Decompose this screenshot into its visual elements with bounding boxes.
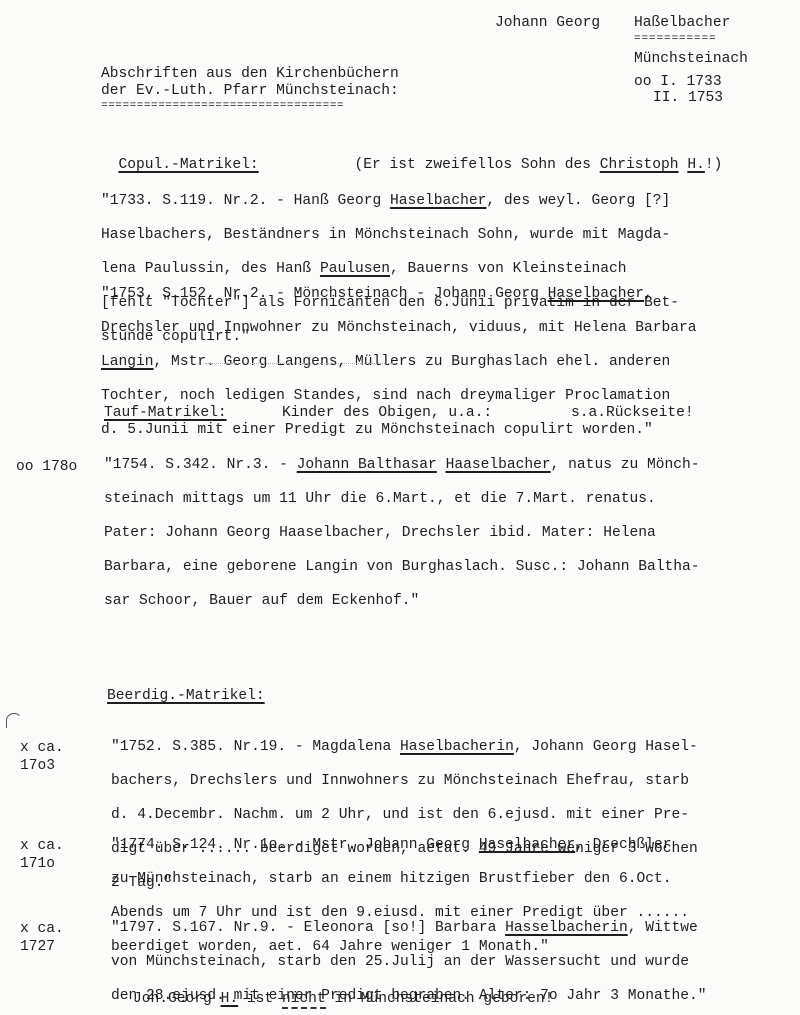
burial-1-margin-2: 17o3 <box>20 758 55 775</box>
copul-section: Copul.-Matrikel: <box>101 141 259 173</box>
entry-line: Haselbachers, Beständners in Mönchsteina… <box>101 227 679 244</box>
entry-text: , Wittwe <box>628 920 698 936</box>
entry-line: d. 5.Junii mit einer Predigt zu Mönchste… <box>101 422 697 439</box>
entry-line: "1733. S.119. Nr.2. - Hanß Georg Haselba… <box>101 193 679 210</box>
source-line-2: der Ev.-Luth. Pfarr Münchsteinach: <box>101 83 399 99</box>
entry-text: , Johann Georg Hasel- <box>514 739 698 755</box>
entry-line: Pater: Johann Georg Haaselbacher, Drechs… <box>104 525 700 542</box>
conclusion-text: ist <box>238 991 282 1007</box>
burial-3-margin-2: 1727 <box>20 939 55 956</box>
spacer <box>437 457 446 473</box>
marriage-first: oo I. 1733 <box>634 74 722 90</box>
copul-entry-2: "1753. S.152. Nr.2. - Mönchsteinach - Jo… <box>101 269 697 456</box>
conclusion: Joh.Georg H. ist nicht in Münchsteinach … <box>133 975 553 1007</box>
entry-text: "1797. S.167. Nr.9. - Eleonora [so!] Bar… <box>111 920 505 936</box>
entry-line: zu Münchsteinach, starb an einem hitzige… <box>111 871 689 888</box>
entry-line: Langin, Mstr. Georg Langens, Müllers zu … <box>101 354 697 371</box>
beerdig-heading: Beerdig.-Matrikel: <box>107 688 265 704</box>
burial-1-margin-1: x ca. <box>20 740 64 757</box>
spacer <box>679 157 688 173</box>
source-double-rule: ================================== <box>101 100 344 112</box>
entry-text: , <box>644 286 653 302</box>
underlined-name: Langin <box>101 354 154 370</box>
copul-heading: Copul.-Matrikel: <box>119 157 259 173</box>
burial-3-margin-1: x ca. <box>20 921 64 938</box>
entry-line: "1753. S.152. Nr.2. - Mönchsteinach - Jo… <box>101 286 697 303</box>
entry-text: "1752. S.385. Nr.19. - Magdalena <box>111 739 400 755</box>
faint-dotted-line <box>205 363 395 364</box>
underlined-name: Johann Balthasar <box>297 457 437 473</box>
entry-line: sar Schoor, Bauer auf dem Eckenhof." <box>104 593 700 610</box>
copul-note-text: (Er ist zweifellos Sohn des <box>355 157 600 173</box>
subject-surname: Haßelbacher <box>634 15 730 31</box>
entry-line: "1754. S.342. Nr.3. - Johann Balthasar H… <box>104 457 700 474</box>
entry-text: , des weyl. Georg [?] <box>486 193 670 209</box>
entry-line: Tochter, noch ledigen Standes, sind nach… <box>101 388 697 405</box>
underlined-name: Haselbacherin <box>400 739 514 755</box>
tauf-heading: Tauf-Matrikel: <box>104 405 227 421</box>
entry-line: "1752. S.385. Nr.19. - Magdalena Haselba… <box>111 739 698 756</box>
entry-text: , Drechßler <box>575 837 671 853</box>
tauf-entry: "1754. S.342. Nr.3. - Johann Balthasar H… <box>104 440 700 627</box>
christoph-name: Christoph <box>600 157 679 173</box>
entry-text: "1774. S.124. Nr.1o. - Mstr. Johann Geor… <box>111 837 479 853</box>
burial-2-margin-2: 171o <box>20 856 55 873</box>
emphasis-nicht: nicht <box>282 991 326 1009</box>
marriage-second: II. 1753 <box>653 90 723 106</box>
entry-line: von Münchsteinach, starb den 25.Julij an… <box>111 954 707 971</box>
burial-2-margin-1: x ca. <box>20 838 64 855</box>
entry-line: "1797. S.167. Nr.9. - Eleonora [so!] Bar… <box>111 920 707 937</box>
pencil-arc-mark <box>6 713 22 728</box>
entry-text: , natus zu Mönch- <box>551 457 700 473</box>
conclusion-text: in Münchsteinach geboren! <box>326 991 554 1007</box>
tauf-note: Kinder des Obigen, u.a.: <box>282 405 492 421</box>
entry-line: bachers, Drechslers und Innwohners zu Mö… <box>111 773 698 790</box>
underlined-name: Haaselbacher <box>446 457 551 473</box>
entry-text: "1753. S.152. Nr.2. - Mönchsteinach - Jo… <box>101 286 548 302</box>
underlined-name: Haselbacher <box>548 286 644 302</box>
underlined-name: Haselbacher <box>390 193 486 209</box>
christoph-initial: H. <box>687 157 705 173</box>
entry-text: "1754. S.342. Nr.3. - <box>104 457 297 473</box>
tauf-margin-note: oo 178o <box>16 459 77 475</box>
conclusion-initial: H. <box>221 991 239 1007</box>
underlined-name: Haselbacher <box>479 837 575 853</box>
source-line-1: Abschriften aus den Kirchenbüchern <box>101 66 399 82</box>
entry-line: "1774. S.124. Nr.1o. - Mstr. Johann Geor… <box>111 837 689 854</box>
entry-line: Barbara, eine geborene Langin von Burgha… <box>104 559 700 576</box>
underlined-name: Hasselbacherin <box>505 920 628 936</box>
entry-text: , Mstr. Georg Langens, Müllers zu Burgha… <box>154 354 671 370</box>
copul-note-end: !) <box>705 157 723 173</box>
subject-first-names: Johann Georg <box>495 15 600 31</box>
copul-note: (Er ist zweifellos Sohn des Christoph H.… <box>337 141 722 173</box>
entry-line: Drechsler und Innwohner zu Mönchsteinach… <box>101 320 697 337</box>
conclusion-text: Joh.Georg <box>133 991 221 1007</box>
entry-text: "1733. S.119. Nr.2. - Hanß Georg <box>101 193 390 209</box>
surname-double-rule: =========== <box>634 33 717 45</box>
entry-line: steinach mittags um 11 Uhr die 6.Mart., … <box>104 491 700 508</box>
subject-place: Münchsteinach <box>634 51 748 67</box>
see-back-note: s.a.Rückseite! <box>571 405 694 421</box>
